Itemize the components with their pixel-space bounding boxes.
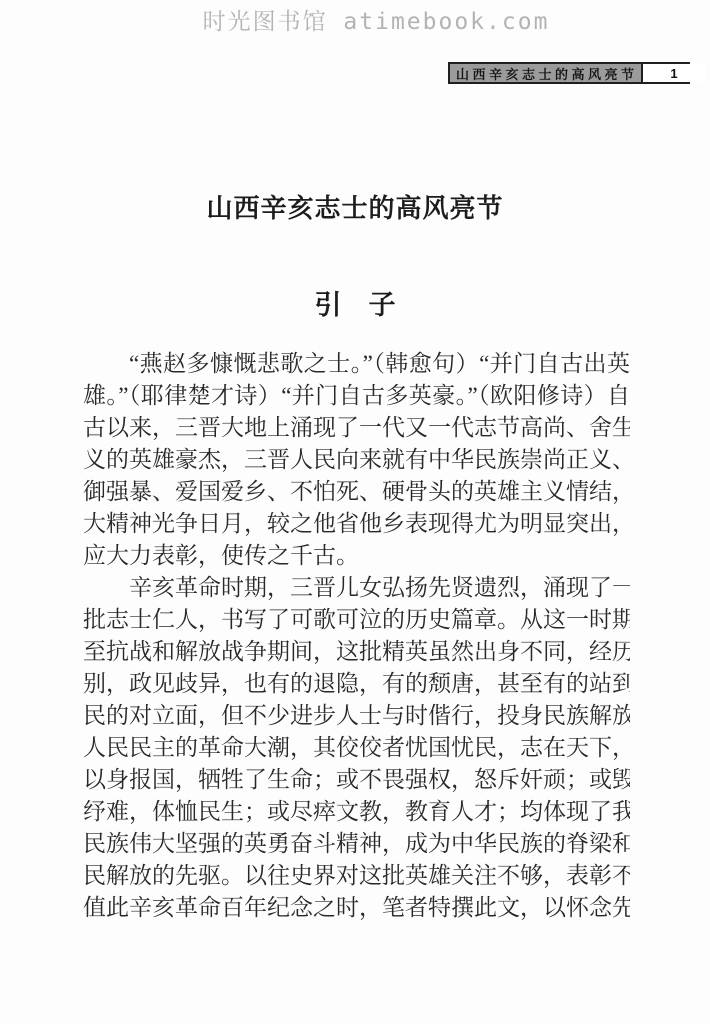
paragraph: “燕赵多慷慨悲歌之士。”（韩愈句）“并门自古出英雄。”（耶律楚才诗）“并门自古多… [83,348,630,572]
body-line: 民解放的先驱。以往史界对这批英雄关注不够，表彰不足， [83,860,630,892]
body-line: “燕赵多慷慨悲歌之士。”（韩愈句）“并门自古出英 [83,348,630,380]
body-line: 大精神光争日月，较之他省他乡表现得尤为明显突出，理 [83,508,630,540]
body-line: 义的英雄豪杰，三晋人民向来就有中华民族崇尚正义、抗 [83,444,630,476]
body-line: 民的对立面，但不少进步人士与时偕行，投身民族解放、 [83,700,630,732]
body-line: 古以来，三晋大地上涌现了一代又一代志节高尚、舍生取 [83,412,630,444]
running-header-title: 山西辛亥志士的高风亮节 [450,64,641,82]
body-line: 别，政见歧异，也有的退隐，有的颓唐，甚至有的站到了人 [83,668,630,700]
body-line: 御强暴、爱国爱乡、不怕死、硬骨头的英雄主义情结，其伟 [83,476,630,508]
section-heading: 引 子 [0,283,710,322]
body-line: 雄。”（耶律楚才诗）“并门自古多英豪。”（欧阳修诗）自 [83,380,630,412]
body-line: 至抗战和解放战争期间，这批精英虽然出身不同，经历各 [83,636,630,668]
chapter-title: 山西辛亥志士的高风亮节 [0,188,710,225]
body-line: 应大力表彰，使传之千古。 [83,540,630,572]
body-text: “燕赵多慷慨悲歌之士。”（韩愈句）“并门自古出英雄。”（耶律楚才诗）“并门自古多… [83,348,630,924]
book-page: 时光图书馆 atimebook.com 山西辛亥志士的高风亮节 1 山西辛亥志士… [0,0,710,1024]
page-number: 1 [641,64,706,82]
running-header: 山西辛亥志士的高风亮节 1 [448,62,690,84]
paragraph: 辛亥革命时期，三晋儿女弘扬先贤遗烈，涌现了一大批志士仁人，书写了可歌可泣的历史篇… [83,572,630,924]
body-line: 辛亥革命时期，三晋儿女弘扬先贤遗烈，涌现了一大 [83,572,630,604]
body-line: 纾难，体恤民生；或尽瘁文教，教育人才；均体现了我们 [83,796,630,828]
body-line: 批志士仁人，书写了可歌可泣的历史篇章。从这一时期直 [83,604,630,636]
body-line: 值此辛亥革命百年纪念之时，笔者特撰此文，以怀念先烈， [83,892,630,924]
body-line: 以身报国，牺牲了生命；或不畏强权，怒斥奸顽；或毁家 [83,764,630,796]
watermark: 时光图书馆 atimebook.com [0,3,710,36]
body-line: 民族伟大坚强的英勇奋斗精神，成为中华民族的脊梁和人 [83,828,630,860]
body-line: 人民民主的革命大潮，其佼佼者忧国忧民，志在天下，或 [83,732,630,764]
